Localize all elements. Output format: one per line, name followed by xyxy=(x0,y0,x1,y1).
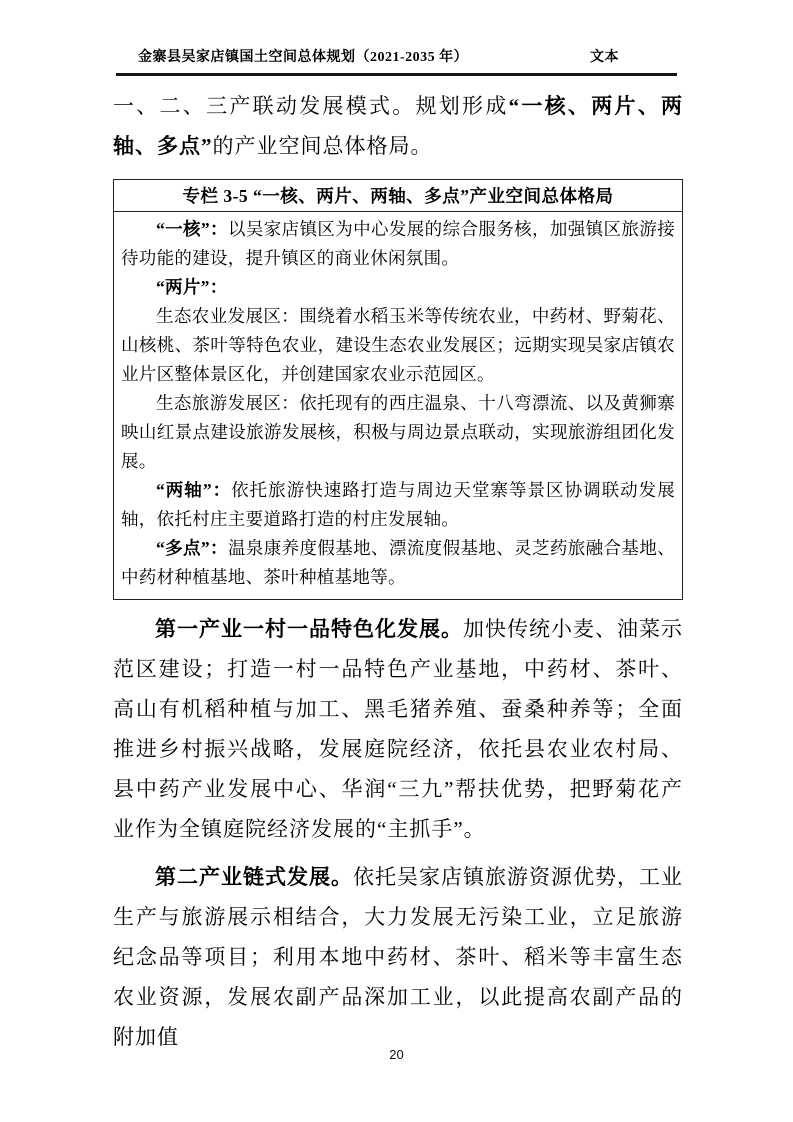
panel-paragraph-multi-points: “多点”：温泉康养度假基地、漂流度假基地、灵芝药旅融合基地、中药材种植基地、茶叶… xyxy=(121,534,675,592)
panel-lead: “两片”： xyxy=(156,277,228,297)
intro-text-after: 的产业空间总体格局。 xyxy=(213,134,433,158)
panel-lead: “两轴”： xyxy=(156,480,231,500)
document-body: 一、二、三产联动发展模式。规划形成“一核、两片、两轴、多点”的产业空间总体格局。… xyxy=(113,86,683,1057)
intro-text-before: 一、二、三产联动发展模式。规划形成 xyxy=(113,94,509,118)
header-title: 金寨县吴家店镇国土空间总体规划（2021-2035 年） xyxy=(138,46,468,66)
paragraph-lead: 第二产业链式发展。 xyxy=(155,865,353,889)
panel-body: “一核”：以吴家店镇区为中心发展的综合服务核，加强镇区旅游接待功能的建设，提升镇… xyxy=(114,212,682,599)
header-rule xyxy=(116,73,677,76)
panel-lead: “一核”： xyxy=(156,219,228,239)
paragraph-lead: 第一产业一村一品特色化发展。 xyxy=(155,617,463,641)
page-header: 金寨县吴家店镇国土空间总体规划（2021-2035 年） 文本 xyxy=(116,46,677,76)
panel-title: 专栏 3-5 “一核、两片、两轴、多点”产业空间总体格局 xyxy=(114,180,682,212)
paragraph-text: 加快传统小麦、油菜示范区建设；打造一村一品特色产业基地，中药材、茶叶、高山有机稻… xyxy=(113,617,683,841)
panel-paragraph-eco-tourism: 生态旅游发展区：依托现有的西庄温泉、十八弯漂流、以及黄狮寨映山红景点建设旅游发展… xyxy=(121,389,675,476)
page-number: 20 xyxy=(0,1047,793,1062)
panel-lead: “多点”： xyxy=(156,538,228,558)
featured-panel: 专栏 3-5 “一核、两片、两轴、多点”产业空间总体格局 “一核”：以吴家店镇区… xyxy=(113,179,683,600)
paragraph-text: 依托吴家店镇旅游资源优势，工业生产与旅游展示相结合，大力发展无污染工业，立足旅游… xyxy=(113,865,683,1049)
body-paragraph-secondary-industry: 第二产业链式发展。依托吴家店镇旅游资源优势，工业生产与旅游展示相结合，大力发展无… xyxy=(113,857,683,1057)
panel-paragraph-eco-agriculture: 生态农业发展区：围绕着水稻玉米等传统农业，中药材、野菊花、山核桃、茶叶等特色农业… xyxy=(121,302,675,389)
panel-text: 生态旅游发展区：依托现有的西庄温泉、十八弯漂流、以及黄狮寨映山红景点建设旅游发展… xyxy=(121,393,675,471)
body-paragraph-primary-industry: 第一产业一村一品特色化发展。加快传统小麦、油菜示范区建设；打造一村一品特色产业基… xyxy=(113,609,683,849)
header-doc-label: 文本 xyxy=(590,46,619,66)
panel-text: 生态农业发展区：围绕着水稻玉米等传统农业，中药材、野菊花、山核桃、茶叶等特色农业… xyxy=(121,306,675,384)
panel-paragraph-two-axes: “两轴”：依托旅游快速路打造与周边天堂寨等景区协调联动发展轴，依托村庄主要道路打… xyxy=(121,476,675,534)
document-page: 金寨县吴家店镇国土空间总体规划（2021-2035 年） 文本 一、二、三产联动… xyxy=(0,0,793,1122)
intro-paragraph: 一、二、三产联动发展模式。规划形成“一核、两片、两轴、多点”的产业空间总体格局。 xyxy=(113,86,683,166)
panel-paragraph-core: “一核”：以吴家店镇区为中心发展的综合服务核，加强镇区旅游接待功能的建设，提升镇… xyxy=(121,215,675,273)
panel-paragraph-two-pieces-heading: “两片”： xyxy=(121,273,675,302)
